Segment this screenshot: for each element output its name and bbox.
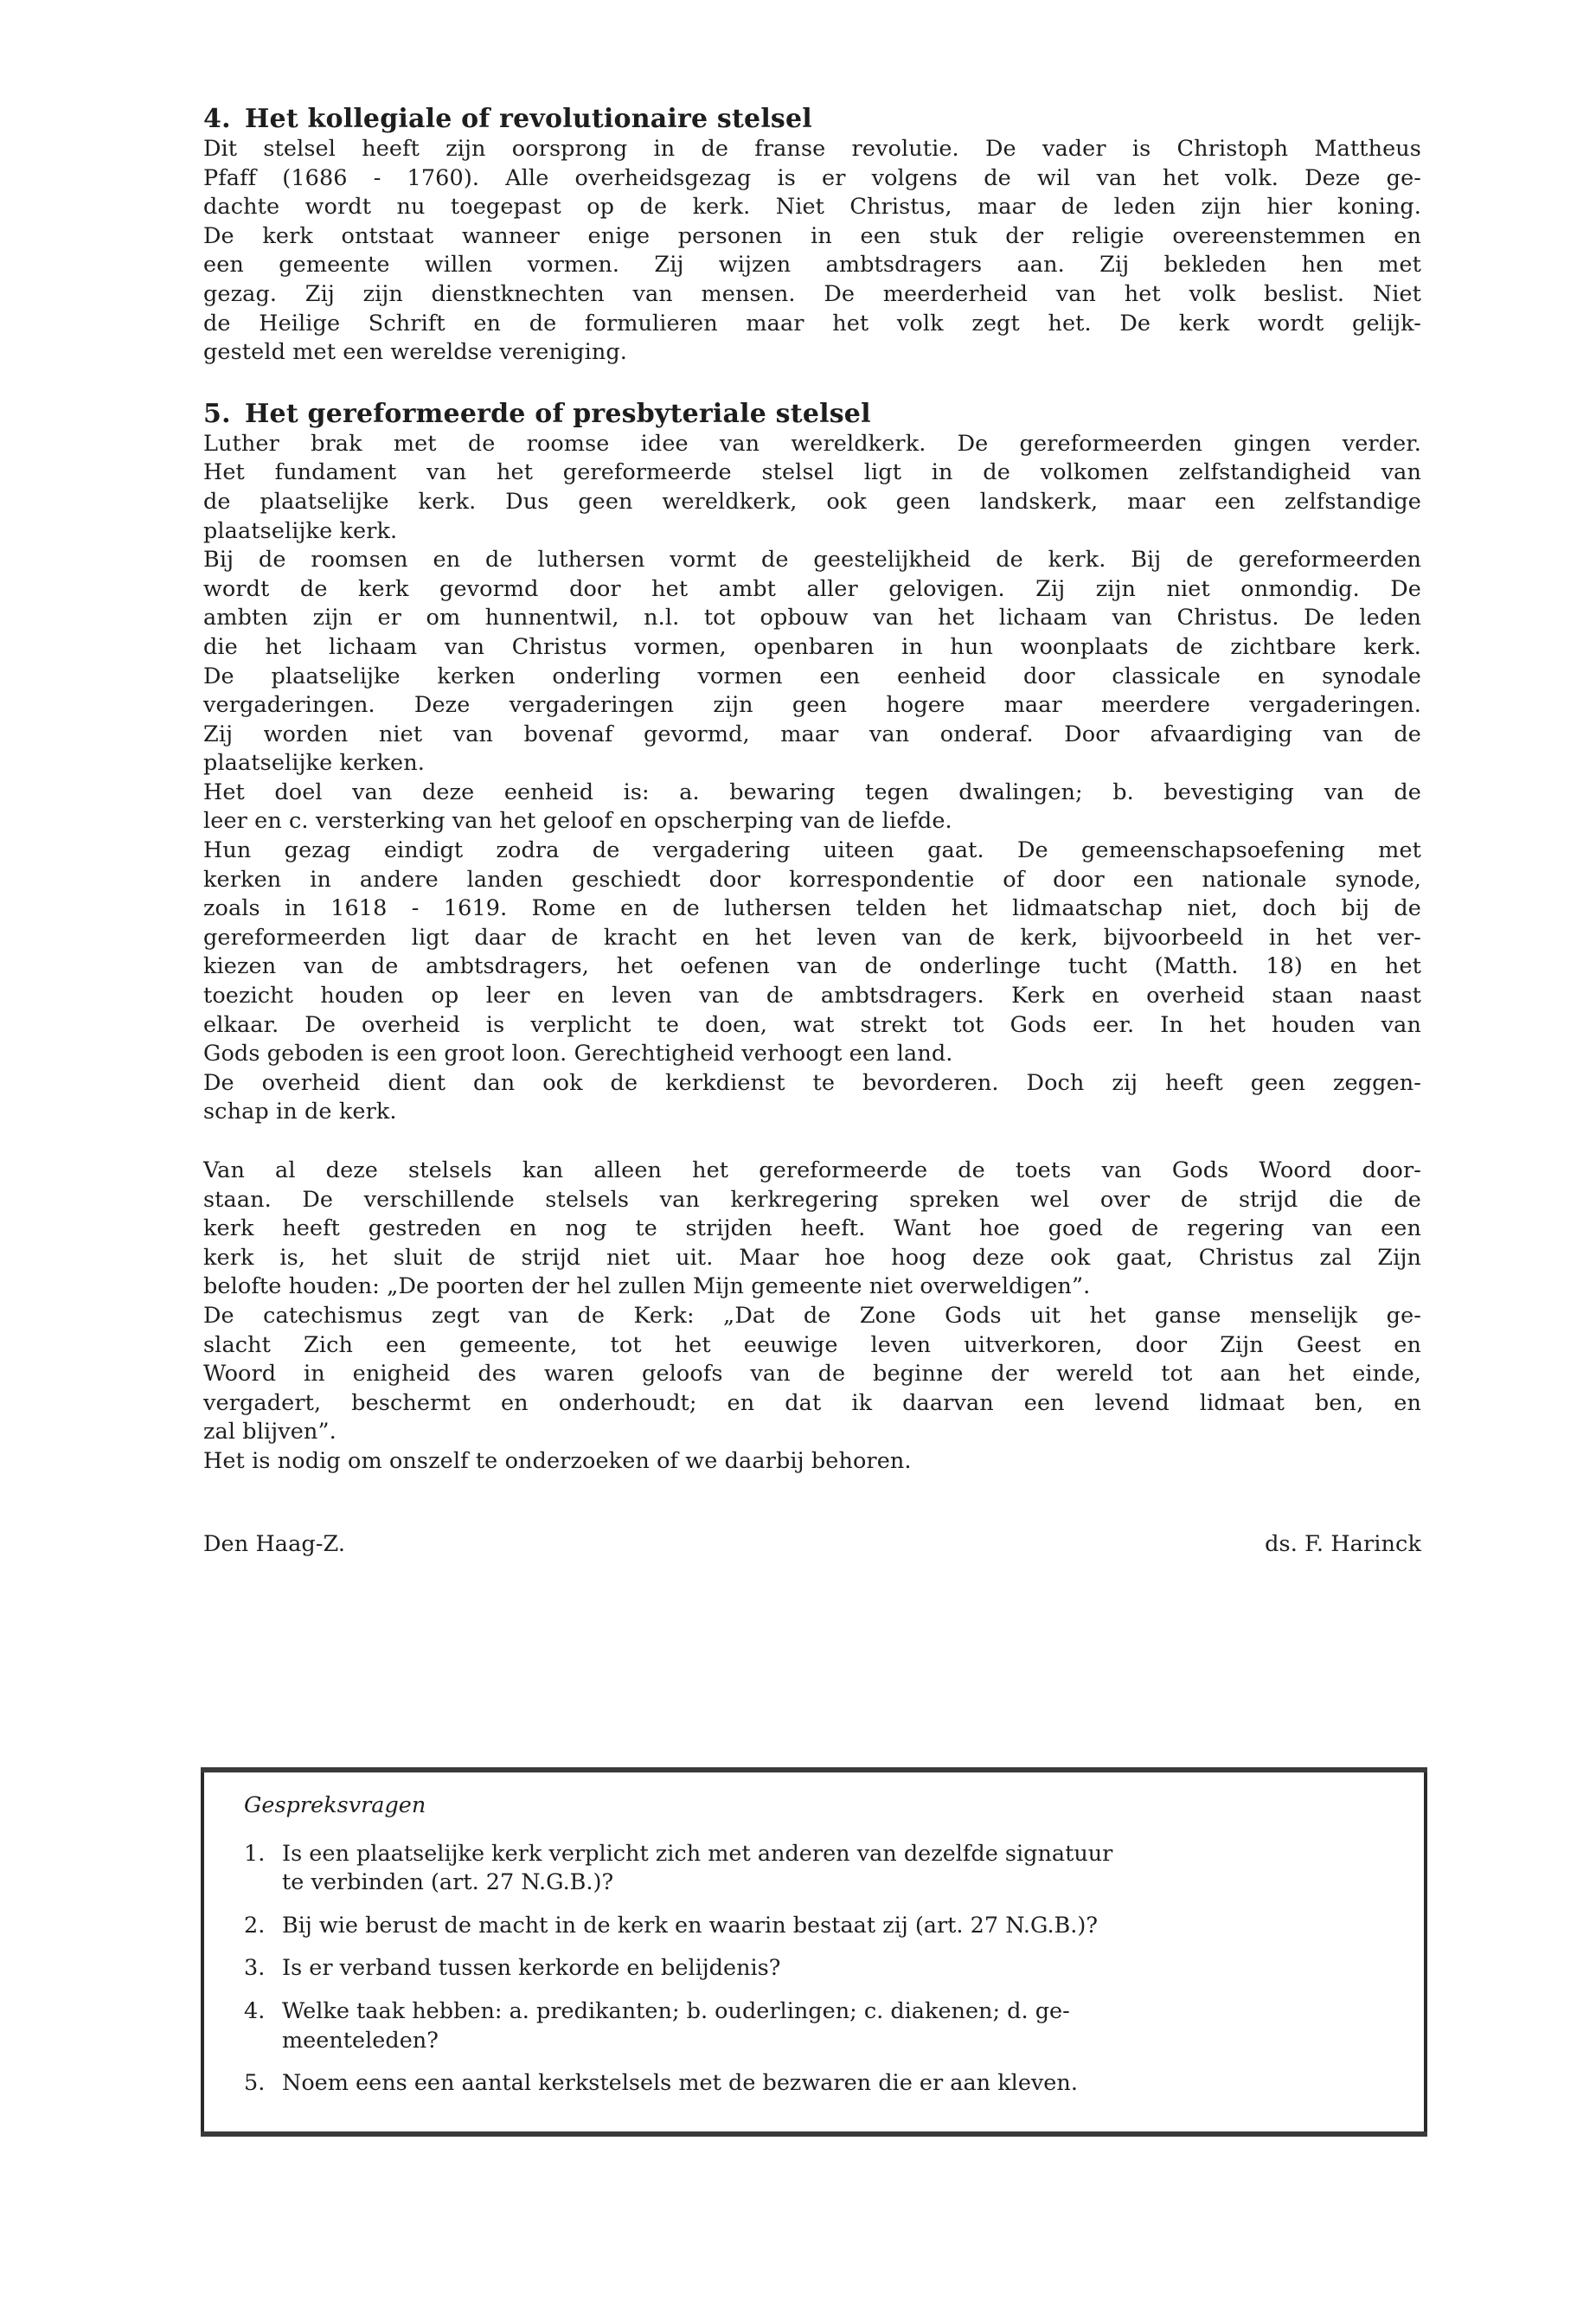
signoff-place: Den Haag-Z.: [203, 1530, 345, 1560]
question-text: Noem eens een aantal kerkstelsels met de…: [282, 2069, 1078, 2099]
text-line: De kerk ontstaat wanneer enige personen …: [203, 222, 1421, 252]
text-line: De overheid dient dan ook de kerkdienst …: [203, 1069, 1421, 1099]
signoff: Den Haag-Z. ds. F. Harinck: [203, 1530, 1421, 1560]
text-line: Bij de roomsen en de luthersen vormt de …: [203, 546, 1421, 575]
text-line: Pfaff (1686 - 1760). Alle overheidsgezag…: [203, 164, 1421, 194]
question-item: 5. Noem eens een aantal kerkstelsels met…: [244, 2069, 1398, 2099]
question-item: 2. Bij wie berust de macht in de kerk en…: [244, 1912, 1398, 1941]
question-number: 4.: [244, 1997, 282, 2055]
text-line: Gods geboden is een groot loon. Gerechti…: [203, 1040, 1421, 1069]
text-line: kiezen van de ambtsdragers, het oefenen …: [203, 952, 1421, 982]
text-line: Hun gezag eindigt zodra de vergadering u…: [203, 836, 1421, 866]
question-item: 1. Is een plaatselijke kerk verplicht zi…: [244, 1840, 1398, 1898]
section-4-heading: 4.Het kollegiale of revolutionaire stels…: [203, 104, 1421, 135]
section-number: 4.: [203, 104, 245, 135]
text-line: Het is nodig om onszelf te onderzoeken o…: [203, 1447, 1421, 1477]
document-page: 4.Het kollegiale of revolutionaire stels…: [203, 104, 1421, 1559]
text-line: ambten zijn er om hunnentwil, n.l. tot o…: [203, 604, 1421, 633]
question-text: meenteleden?: [282, 2027, 1070, 2056]
section-number: 5.: [203, 399, 245, 430]
text-line: vergadert, beschermt en onderhoudt; en d…: [203, 1389, 1421, 1419]
text-line: staan. De verschillende stelsels van ker…: [203, 1186, 1421, 1215]
text-line: vergaderingen. Deze vergaderingen zijn g…: [203, 691, 1421, 721]
text-line: plaatselijke kerk.: [203, 517, 1421, 547]
conclusion-body: Van al deze stelsels kan alleen het gere…: [203, 1157, 1421, 1477]
question-text: Welke taak hebben: a. predikanten; b. ou…: [282, 1997, 1070, 2027]
box-title: Gespreksvragen: [244, 1791, 1398, 1821]
text-line: wordt de kerk gevormd door het ambt alle…: [203, 575, 1421, 605]
question-text: Is een plaatselijke kerk verplicht zich …: [282, 1840, 1112, 1869]
text-line: Woord in enigheid des waren geloofs van …: [203, 1360, 1421, 1389]
section-title: Het kollegiale of revolutionaire stelsel: [245, 104, 812, 134]
text-line: elkaar. De overheid is verplicht te doen…: [203, 1011, 1421, 1041]
question-text: te verbinden (art. 27 N.G.B.)?: [282, 1868, 1112, 1898]
text-line: Het fundament van het gereformeerde stel…: [203, 458, 1421, 488]
section-5-heading: 5.Het gereformeerde of presbyteriale ste…: [203, 399, 1421, 430]
section-5-body: Luther brak met de roomse idee van werel…: [203, 430, 1421, 1127]
question-number: 1.: [244, 1840, 282, 1898]
question-item: 3. Is er verband tussen kerkorde en beli…: [244, 1954, 1398, 1984]
text-line: een gemeente willen vormen. Zij wijzen a…: [203, 251, 1421, 280]
text-line: gesteld met een wereldse vereniging.: [203, 338, 1421, 368]
text-line: Het doel van deze eenheid is: a. bewarin…: [203, 779, 1421, 808]
text-line: slacht Zich een gemeente, tot het eeuwig…: [203, 1331, 1421, 1361]
signoff-author: ds. F. Harinck: [1265, 1530, 1421, 1560]
text-line: de plaatselijke kerk. Dus geen wereldker…: [203, 488, 1421, 517]
question-number: 5.: [244, 2069, 282, 2099]
question-number: 2.: [244, 1912, 282, 1941]
text-line: zal blijven”.: [203, 1418, 1421, 1447]
question-number: 3.: [244, 1954, 282, 1984]
text-line: gereformeerden ligt daar de kracht en he…: [203, 924, 1421, 953]
text-line: kerk is, het sluit de strijd niet uit. M…: [203, 1244, 1421, 1273]
text-line: dachte wordt nu toegepast op de kerk. Ni…: [203, 193, 1421, 222]
text-line: leer en c. versterking van het geloof en…: [203, 807, 1421, 836]
text-line: Luther brak met de roomse idee van werel…: [203, 430, 1421, 459]
text-line: plaatselijke kerken.: [203, 749, 1421, 779]
text-line: Zij worden niet van bovenaf gevormd, maa…: [203, 721, 1421, 750]
text-line: gezag. Zij zijn dienstknechten van mense…: [203, 280, 1421, 310]
question-text: Bij wie berust de macht in de kerk en wa…: [282, 1912, 1098, 1941]
text-line: belofte houden: „De poorten der hel zull…: [203, 1272, 1421, 1302]
section-title: Het gereformeerde of presbyteriale stels…: [245, 399, 871, 429]
discussion-questions-box: Gespreksvragen 1. Is een plaatselijke ke…: [201, 1767, 1427, 2137]
text-line: die het lichaam van Christus vormen, ope…: [203, 633, 1421, 663]
text-line: zoals in 1618 - 1619. Rome en de luthers…: [203, 894, 1421, 924]
text-line: schap in de kerk.: [203, 1098, 1421, 1127]
text-line: kerken in andere landen geschiedt door k…: [203, 866, 1421, 895]
text-line: De plaatselijke kerken onderling vormen …: [203, 663, 1421, 692]
text-line: De catechismus zegt van de Kerk: „Dat de…: [203, 1302, 1421, 1331]
question-item: 4. Welke taak hebben: a. predikanten; b.…: [244, 1997, 1398, 2055]
text-line: Dit stelsel heeft zijn oorsprong in de f…: [203, 135, 1421, 164]
text-line: toezicht houden op leer en leven van de …: [203, 982, 1421, 1011]
section-4-body: Dit stelsel heeft zijn oorsprong in de f…: [203, 135, 1421, 368]
text-line: de Heilige Schrift en de formulieren maa…: [203, 310, 1421, 339]
text-line: kerk heeft gestreden en nog te strijden …: [203, 1215, 1421, 1244]
text-line: Van al deze stelsels kan alleen het gere…: [203, 1157, 1421, 1186]
question-text: Is er verband tussen kerkorde en belijde…: [282, 1954, 780, 1984]
